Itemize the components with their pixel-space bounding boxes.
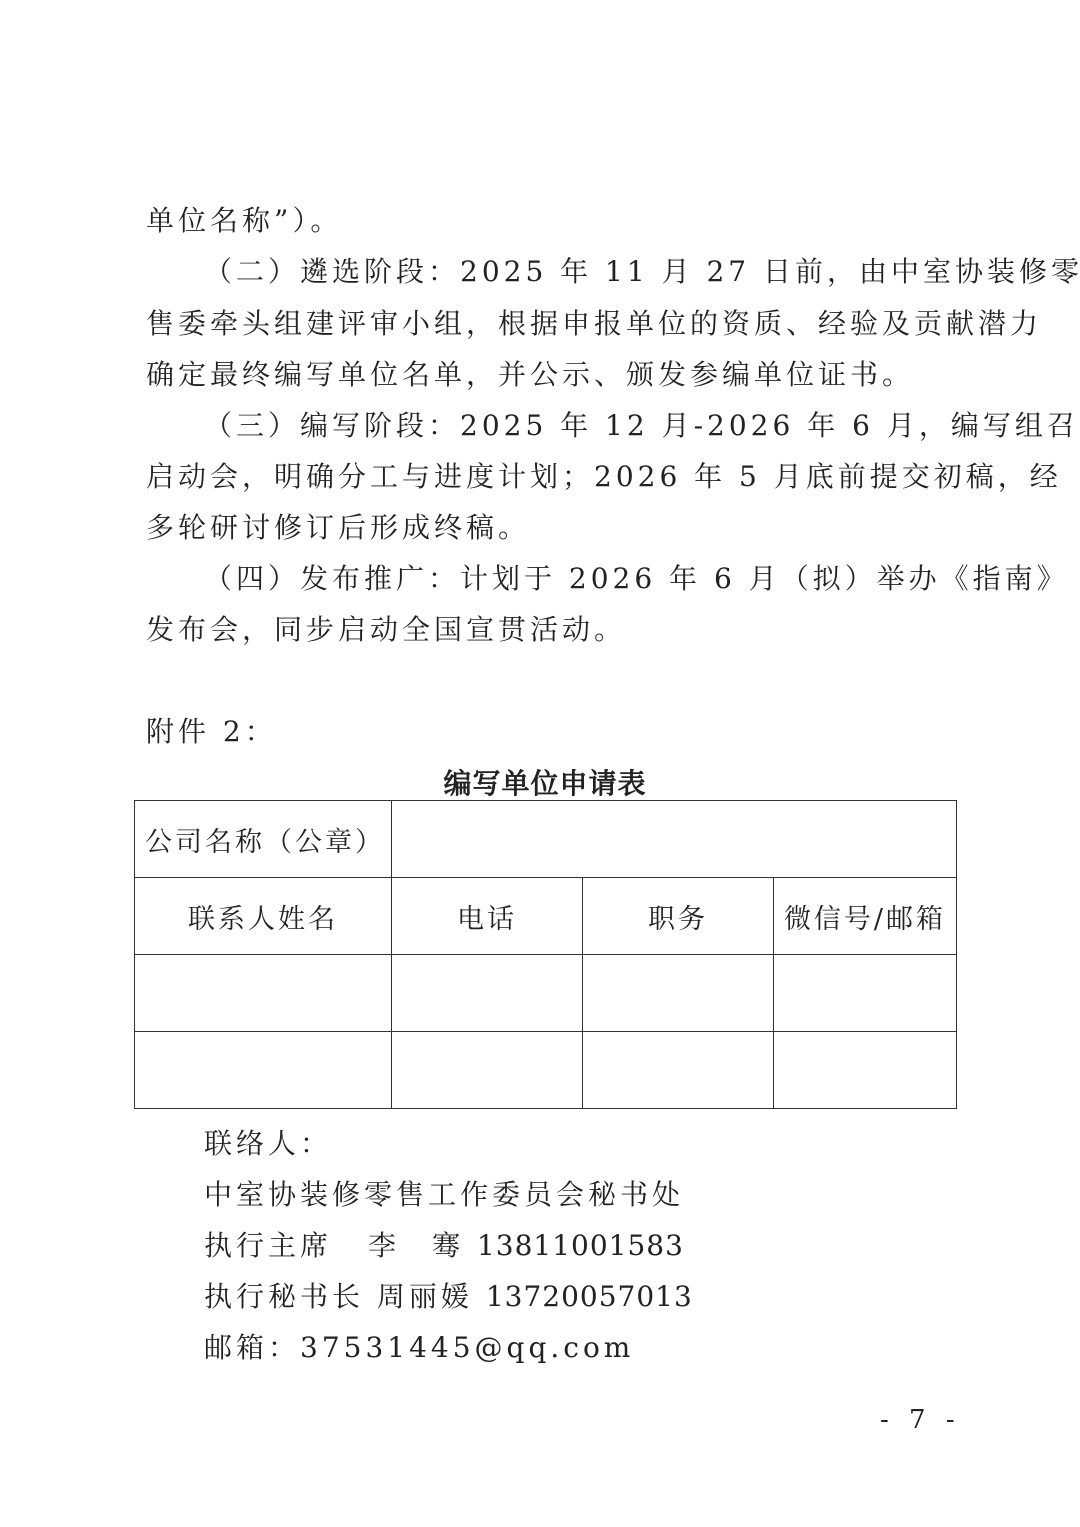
contact-role: 执行主席 [204,1229,332,1262]
attachment-label: 附件 2： [146,715,277,749]
contact-name-cell[interactable] [135,1032,392,1109]
position-cell[interactable] [583,1032,774,1109]
header-wechat-email: 微信号/邮箱 [774,878,957,955]
header-contact-name: 联系人姓名 [135,878,392,955]
application-form-table: 公司名称（公章） 联系人姓名 电话 职务 微信号/邮箱 [134,800,957,1109]
table-row [135,955,957,1032]
contact-email: 邮箱：37531445@qq.com [204,1331,634,1365]
wechat-email-cell[interactable] [774,1032,957,1109]
table-row [135,1032,957,1109]
contact-org: 中室协装修零售工作委员会秘书处 [204,1178,684,1212]
contact-name-cell[interactable] [135,955,392,1032]
contact-role: 执行秘书长 [204,1280,364,1313]
paragraph-line: （三）编写阶段：2025 年 12 月-2026 年 6 月，编写组召开 [204,409,1080,443]
company-name-field[interactable] [392,801,957,878]
paragraph-line: 售委牵头组建评审小组，根据申报单位的资质、经验及贡献潜力 [146,307,1042,341]
contact-phone: 13811001583 [477,1229,684,1262]
contact-name: 周丽媛 [377,1280,473,1313]
paragraph-line: （四）发布推广：计划于 2026 年 6 月（拟）举办《指南》 [204,562,1069,596]
phone-cell[interactable] [392,955,583,1032]
position-cell[interactable] [583,955,774,1032]
paragraph-line: 发布会，同步启动全国宣贯活动。 [146,613,626,647]
wechat-email-cell[interactable] [774,955,957,1032]
contact-person-1: 执行主席李 骞 13811001583 [204,1229,684,1263]
contact-phone: 13720057013 [486,1280,693,1313]
paragraph-line: 启动会，明确分工与进度计划；2026 年 5 月底前提交初稿，经 [146,460,1062,494]
form-title: 编写单位申请表 [0,762,1080,802]
company-name-label: 公司名称（公章） [135,801,392,878]
paragraph-line: 多轮研讨修订后形成终稿。 [146,511,530,545]
page-number: - 7 - [880,1405,961,1435]
contact-heading: 联络人： [204,1127,332,1161]
phone-cell[interactable] [392,1032,583,1109]
paragraph-line: （二）遴选阶段：2025 年 11 月 27 日前，由中室协装修零 [204,255,1080,289]
contact-name: 李 骞 [368,1229,464,1262]
paragraph-line: 单位名称”）。 [146,204,342,238]
contact-person-2: 执行秘书长 周丽媛 13720057013 [204,1280,693,1314]
header-position: 职务 [583,878,774,955]
header-phone: 电话 [392,878,583,955]
paragraph-line: 确定最终编写单位名单，并公示、颁发参编单位证书。 [146,358,914,392]
